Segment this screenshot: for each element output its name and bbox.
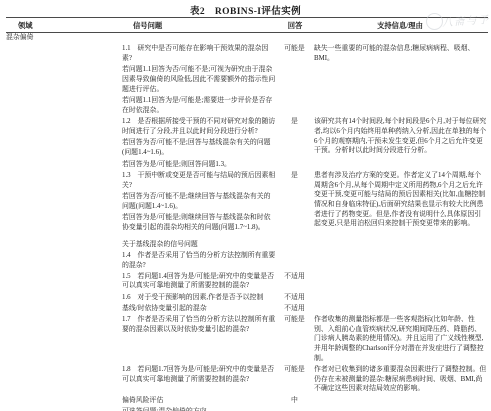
domain-cell <box>6 234 120 251</box>
question-paragraph: 可选答问题:混杂偏倚的方向 <box>122 407 277 411</box>
answer-cell: 不适用 <box>278 292 312 303</box>
table-row: 偏倚风险评估中 <box>6 395 488 406</box>
answer-cell: 可能是 <box>278 315 312 365</box>
answer-cell <box>278 234 312 251</box>
question-paragraph: 1.4 作者是否采用了恰当的分析方法控制所有重要的混杂? <box>122 251 277 270</box>
table-row: 关于基线混杂的信号问题 <box>6 234 488 251</box>
question-paragraph: 偏倚风险评估 <box>122 396 277 406</box>
support-cell: 缺失一些重要的可能的混杂信息;糖尿病病程、吸烟、BMI。 <box>312 44 488 117</box>
question-cell: 1.7 作者是否采用了恰当的分析方法以控制所有重要的混杂因素以及时依协变量引起的… <box>120 315 278 365</box>
question-cell: 关于基线混杂的信号问题 <box>120 234 278 251</box>
support-cell <box>312 234 488 251</box>
domain-cell <box>6 292 120 303</box>
question-paragraph: 1.3 干预中断或变更是否可能与结局的预后因素相关? <box>122 171 277 190</box>
question-paragraph: 若回答为是/可能是;则继续回答与基线混杂和时依协变量引起的混杂均相关的问题(问题… <box>122 213 277 232</box>
answer-cell: 可能是 <box>278 44 312 117</box>
question-cell <box>120 32 278 44</box>
question-paragraph: 若回答为否/可能不是;回答与基线混杂有关的问题(问题1.4~1.6)。 <box>122 138 277 157</box>
domain-cell <box>6 303 120 314</box>
question-paragraph: 若回答为否/可能不是;继续回答与基线混杂有关的问题(问题1.4~1.6)。 <box>122 192 277 211</box>
assessment-table: 领域 信号问题 回答 支持信息/理由 混杂偏倚1.1 研究中是否可能存在影响干预… <box>6 17 488 411</box>
column-header-answer: 回答 <box>278 18 312 33</box>
support-cell <box>312 406 488 411</box>
question-paragraph: 若问题1.1回答为是/可能是;需要进一步评价是否存在时依混杂。 <box>122 96 277 115</box>
answer-cell: 可能是 <box>278 365 312 396</box>
support-cell <box>312 292 488 303</box>
table-row: 可选答问题:混杂偏倚的方向 <box>6 406 488 411</box>
answer-cell: 不适用 <box>278 303 312 314</box>
domain-cell <box>6 365 120 396</box>
support-cell <box>312 395 488 406</box>
domain-cell <box>6 170 120 233</box>
question-paragraph: 基线/时依协变量引起的混杂 <box>122 304 277 314</box>
question-paragraph: 1.8 若问题1.7回答为是/可能是;研究中的变量是否可以真实可靠地测量了所需要… <box>122 365 277 384</box>
column-header-signal-question: 信号问题 <box>120 18 278 33</box>
table-row: 1.3 干预中断或变更是否可能与结局的预后因素相关?若回答为否/可能不是;继续回… <box>6 170 488 233</box>
domain-cell <box>6 271 120 292</box>
support-cell <box>312 250 488 271</box>
question-paragraph: 1.6 对于受干预影响的因素,作者是否予以控制 <box>122 293 277 303</box>
question-cell: 1.3 干预中断或变更是否可能与结局的预后因素相关?若回答为否/可能不是;继续回… <box>120 170 278 233</box>
question-cell: 可选答问题:混杂偏倚的方向 <box>120 406 278 411</box>
support-cell: 患者有涉及治疗方案的变更。作者定义了14个周期,每个周期含6个月,从每个周期中定… <box>312 170 488 233</box>
domain-cell <box>6 395 120 406</box>
question-paragraph: 若回答为是/可能是;则回答问题1.3。 <box>122 160 277 170</box>
table-row: 1.4 作者是否采用了恰当的分析方法控制所有重要的混杂? <box>6 250 488 271</box>
support-cell <box>312 303 488 314</box>
table-row: 1.6 对于受干预影响的因素,作者是否予以控制不适用 <box>6 292 488 303</box>
support-cell: 作者对已收集到的诸多重要混杂因素进行了调整控制。但仍存在未被测量的混杂:糖尿病患… <box>312 365 488 396</box>
question-cell: 偏倚风险评估 <box>120 395 278 406</box>
domain-cell <box>6 406 120 411</box>
support-cell <box>312 271 488 292</box>
table-row: 1.1 研究中是否可能存在影响干预效果的混杂因素?若问题1.1回答为否/可能不是… <box>6 44 488 117</box>
support-paragraph: 作者收集的测量指标都是一些客观指标(比如年龄、性别、入组前心血管疾病状况,研究期… <box>314 315 487 364</box>
column-header-support-info: 支持信息/理由 <box>312 18 488 33</box>
column-header-domain: 领域 <box>6 18 120 33</box>
question-paragraph: 1.5 若问题1.4回答为是/可能是;研究中的变量是否可以真实可靠地测量了所需要… <box>122 272 277 291</box>
answer-cell: 是 <box>278 117 312 171</box>
support-cell <box>312 32 488 44</box>
support-cell: 该研究共有14个时间段,每个时间段是6个月,对于每位研究者,均以6个月内始终用单… <box>312 117 488 171</box>
table-header: 领域 信号问题 回答 支持信息/理由 <box>6 18 488 33</box>
answer-cell <box>278 250 312 271</box>
support-paragraph: 患者有涉及治疗方案的变更。作者定义了14个周期,每个周期含6个月,从每个周期中定… <box>314 171 487 229</box>
support-cell: 作者收集的测量指标都是一些客观指标(比如年龄、性别、入组前心血管疾病状况,研究期… <box>312 315 488 365</box>
table-row: 1.2 是否根据所接受干预的不同对研究对象的随访时间进行了分段,并且以此时间分段… <box>6 117 488 171</box>
header-row: 领域 信号问题 回答 支持信息/理由 <box>6 18 488 33</box>
question-cell: 1.1 研究中是否可能存在影响干预效果的混杂因素?若问题1.1回答为否/可能不是… <box>120 44 278 117</box>
answer-cell: 不适用 <box>278 271 312 292</box>
table-row: 1.5 若问题1.4回答为是/可能是;研究中的变量是否可以真实可靠地测量了所需要… <box>6 271 488 292</box>
domain-cell: 混杂偏倚 <box>6 32 120 44</box>
question-paragraph: 1.1 研究中是否可能存在影响干预效果的混杂因素? <box>122 44 277 63</box>
question-cell: 1.5 若问题1.4回答为是/可能是;研究中的变量是否可以真实可靠地测量了所需要… <box>120 271 278 292</box>
table-title: 表2 ROBINS-I评估实例 <box>0 0 491 16</box>
table-row: 基线/时依协变量引起的混杂不适用 <box>6 303 488 314</box>
question-cell: 1.8 若问题1.7回答为是/可能是;研究中的变量是否可以真实可靠地测量了所需要… <box>120 365 278 396</box>
answer-cell <box>278 406 312 411</box>
document-page: 表2 ROBINS-I评估实例 八斋与予今 领域 信号问题 回答 支持信息/理由… <box>0 0 491 411</box>
answer-cell: 中 <box>278 395 312 406</box>
question-paragraph: 若问题1.1回答为否/可能不是;可视为研究由于混杂因素导致偏倚的风险低,因此不需… <box>122 65 277 94</box>
question-cell: 1.6 对于受干预影响的因素,作者是否予以控制 <box>120 292 278 303</box>
question-cell: 基线/时依协变量引起的混杂 <box>120 303 278 314</box>
domain-cell <box>6 250 120 271</box>
domain-cell <box>6 44 120 117</box>
question-paragraph: 1.7 作者是否采用了恰当的分析方法以控制所有重要的混杂因素以及时依协变量引起的… <box>122 315 277 334</box>
support-paragraph: 缺失一些重要的可能的混杂信息;糖尿病病程、吸烟、BMI。 <box>314 44 487 63</box>
domain-cell <box>6 315 120 365</box>
domain-cell <box>6 117 120 171</box>
question-paragraph: 关于基线混杂的信号问题 <box>122 240 277 250</box>
question-cell: 1.4 作者是否采用了恰当的分析方法控制所有重要的混杂? <box>120 250 278 271</box>
table-row: 1.7 作者是否采用了恰当的分析方法以控制所有重要的混杂因素以及时依协变量引起的… <box>6 315 488 365</box>
table-row: 1.8 若问题1.7回答为是/可能是;研究中的变量是否可以真实可靠地测量了所需要… <box>6 365 488 396</box>
support-paragraph: 作者对已收集到的诸多重要混杂因素进行了调整控制。但仍存在未被测量的混杂:糖尿病患… <box>314 365 487 394</box>
question-paragraph: 1.2 是否根据所接受干预的不同对研究对象的随访时间进行了分段,并且以此时间分段… <box>122 117 277 136</box>
answer-cell <box>278 32 312 44</box>
support-paragraph: 该研究共有14个时间段,每个时间段是6个月,对于每位研究者,均以6个月内始终用单… <box>314 117 487 156</box>
question-cell: 1.2 是否根据所接受干预的不同对研究对象的随访时间进行了分段,并且以此时间分段… <box>120 117 278 171</box>
table-row: 混杂偏倚 <box>6 32 488 44</box>
answer-cell: 是 <box>278 170 312 233</box>
table-body: 混杂偏倚1.1 研究中是否可能存在影响干预效果的混杂因素?若问题1.1回答为否/… <box>6 32 488 411</box>
